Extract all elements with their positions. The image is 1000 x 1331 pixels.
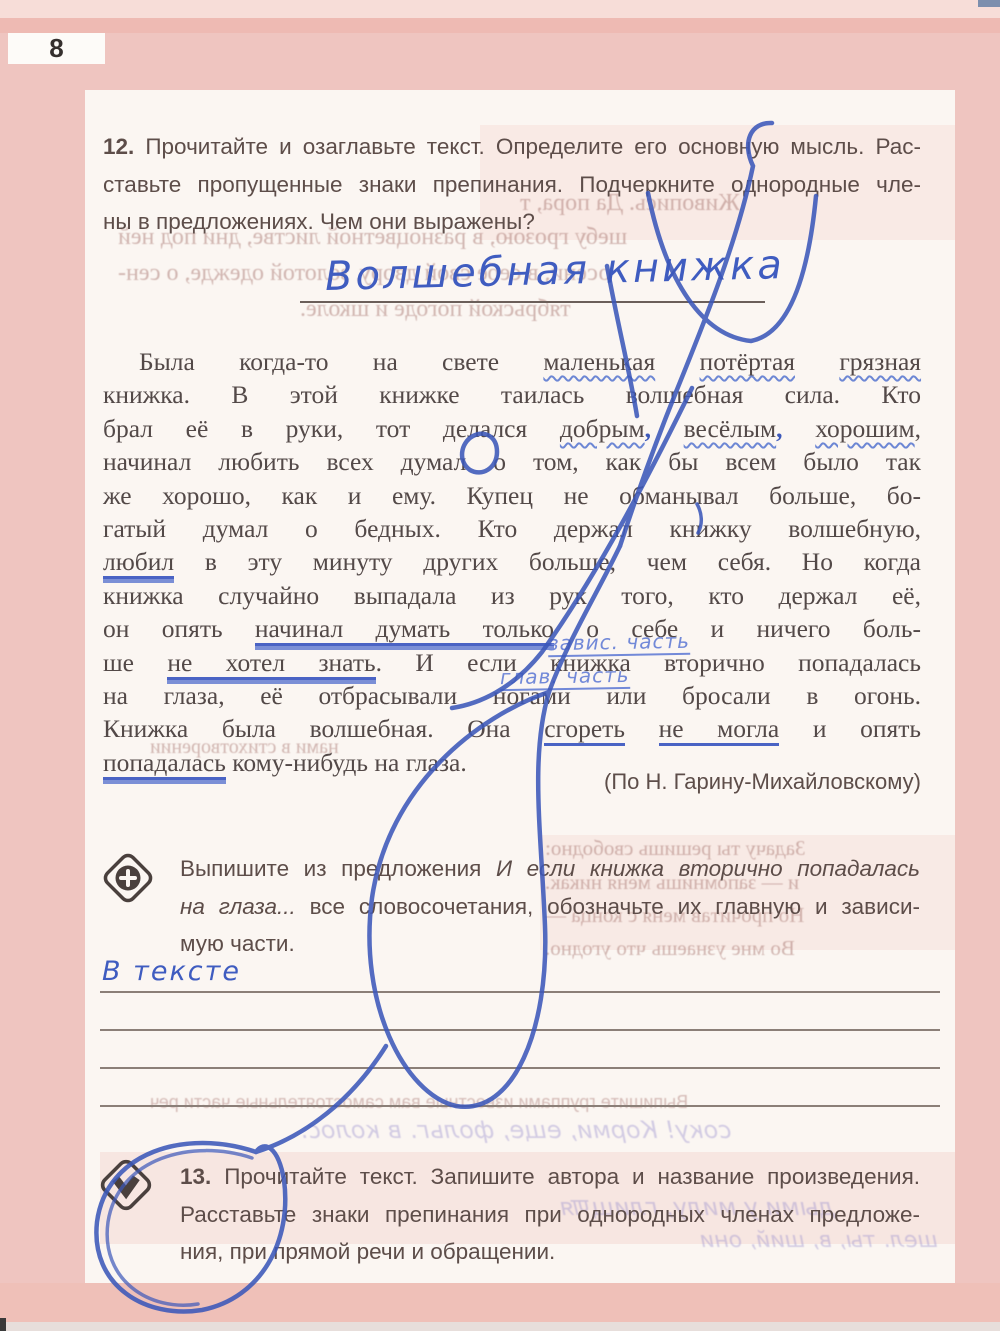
text-line: книжка случайно выпадала из рук того, кт… [103, 579, 921, 612]
task-instructions: Выпишите из предложения И если книжка вт… [180, 850, 920, 963]
writing-line[interactable] [100, 1067, 940, 1069]
writing-line[interactable] [100, 991, 940, 993]
text-line: начинал любить всех думал о том, как бы … [103, 445, 921, 478]
scan-top-strip [0, 0, 1000, 18]
text-line: мую части. [180, 925, 920, 963]
writing-line[interactable] [100, 1105, 940, 1107]
workbook-page: 8 Живопись. Да пора, тшебу грозою, в раз… [0, 0, 1000, 1331]
text-line: же хорошо, как и ему. Купец не обманывал… [103, 479, 921, 512]
text-line: на глаза... все словосочетания, обозначь… [180, 888, 920, 926]
page-number: 8 [49, 33, 63, 64]
text-line: любил в эту минуту других больше, чем се… [103, 545, 921, 578]
exercise-13-instructions: 13. Прочитайте текст. Запишите автора и … [180, 1158, 920, 1271]
handwritten-answer: В тексте [102, 956, 241, 987]
handwritten-note-zavis: завис. часть [548, 629, 690, 655]
title-rule [300, 301, 765, 303]
text-line: гатый думал о бедных. Кто держал книжку … [103, 512, 921, 545]
text-line: 12. Прочитайте и озаглавьте текст. Опред… [103, 128, 921, 166]
handwritten-note-glav: глав. часть [500, 663, 630, 689]
text-line: Выпишите из предложения И если книжка вт… [180, 850, 920, 888]
text-line: ставьте пропущенные знаки препинания. По… [103, 166, 921, 204]
text-line: Расставьте знаки препинания при однородн… [180, 1196, 920, 1234]
check-diamond-icon [97, 1156, 155, 1219]
text-line: Книжка была волшебная. Она сгореть не мо… [103, 712, 921, 745]
plus-diamond-icon [100, 850, 156, 911]
exercise-12-text: Была когда-то на свете маленькая потёрта… [103, 345, 921, 779]
bottom-pink-band [0, 1283, 1000, 1322]
text-line: ны в предложениях. Чем они выражены? [103, 203, 921, 241]
scan-corner-artifact [978, 0, 1000, 7]
text-line: Была когда-то на свете маленькая потёрта… [103, 345, 921, 378]
bottom-edge-strip [0, 1322, 1000, 1331]
text-line: ния, при прямой речи и обращении. [180, 1233, 920, 1271]
writing-line[interactable] [100, 1029, 940, 1031]
exercise-12-instructions: 12. Прочитайте и озаглавьте текст. Опред… [103, 128, 921, 241]
scan-top-strip-2 [0, 18, 1000, 33]
text-line: 13. Прочитайте текст. Запишите автора и … [180, 1158, 920, 1196]
scan-corner-artifact [0, 1318, 6, 1331]
text-line: брал её в руки, тот делался добрым, весё… [103, 412, 921, 445]
page-number-tab: 8 [8, 33, 105, 64]
text-line: книжка. В этой книжке таилась волшебная … [103, 378, 921, 411]
author-attribution: (По Н. Гарину-Михайловскому) [103, 769, 921, 795]
text-line: он опять начинал думать только о себе и … [103, 612, 921, 645]
